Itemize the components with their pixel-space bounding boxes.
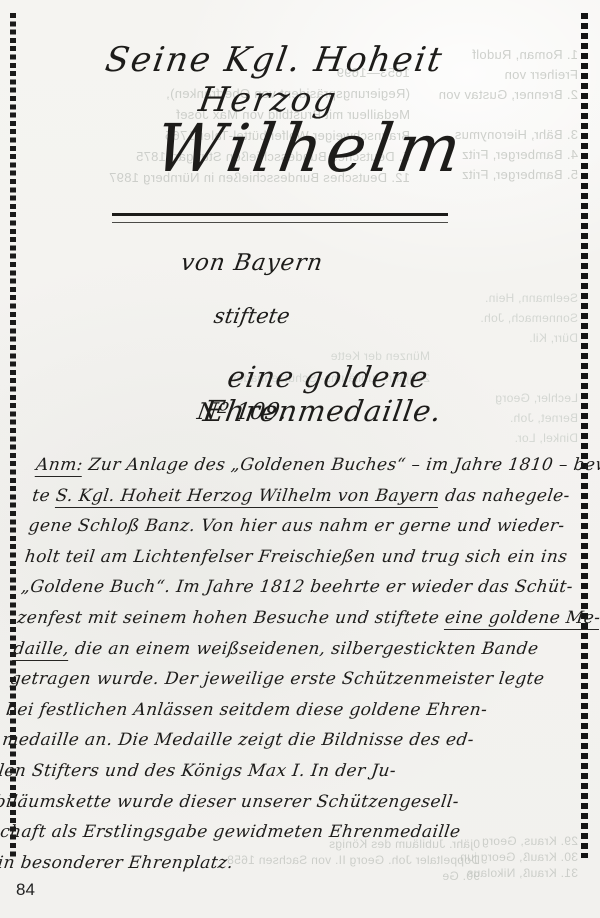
text-segment: ein besonderer Ehrenplatz.: [0, 853, 234, 873]
text-segment: len Stifters und des Königs Max I. In de…: [0, 761, 397, 781]
handwritten-line: schaft als Erstlingsgabe gewidmeten Ehre…: [0, 817, 523, 848]
handwritten-line: gene Schloß Banz. Von hier aus nahm er g…: [27, 511, 561, 542]
underlined-text-segment: eine goldene Me-: [443, 608, 600, 630]
title-underline-rule: [112, 213, 448, 223]
text-segment: holt teil am Lichtenfelser Freischießen …: [24, 547, 569, 567]
page-number: 84: [16, 880, 35, 900]
text-segment: bei festlichen Anlässen seitdem diese go…: [5, 700, 489, 720]
scanned-document-page: 1. Roman, RudolfFreiherr von2. Brenner, …: [0, 0, 600, 918]
text-segment: gene Schloß Banz. Von hier aus nahm er g…: [27, 516, 565, 536]
handwritten-annotation: Anm: Zur Anlage des „Goldenen Buches“ – …: [0, 450, 568, 878]
text-segment: te: [31, 486, 57, 506]
bleed-line: Seelmann, Hein.: [418, 288, 578, 308]
handwritten-line: holt teil am Lichtenfelser Freischießen …: [23, 542, 557, 573]
text-segment: biläumskette wurde dieser unserer Schütz…: [0, 792, 460, 812]
medal-number: Nº 109.: [60, 399, 424, 425]
handwritten-line: getragen wurde. Der jeweilige erste Schü…: [8, 664, 542, 695]
underlined-text-segment: S. Kgl. Hoheit Herzog Wilhelm von Bayern: [54, 486, 440, 508]
text-segment: getragen wurde. Der jeweilige erste Schü…: [9, 669, 546, 689]
handwritten-line: zenfest mit seinem hohen Besuche und sti…: [15, 603, 549, 634]
handwritten-line: „Goldene Buch“. Im Jahre 1812 beehrte er…: [19, 572, 553, 603]
text-segment: das nahegele-: [438, 486, 571, 506]
handwritten-line: te S. Kgl. Hoheit Herzog Wilhelm von Bay…: [30, 481, 564, 512]
text-segment: „Goldene Buch“. Im Jahre 1812 beehrte er…: [20, 577, 574, 597]
heading-subtitle: von Bayern: [70, 250, 434, 276]
handwritten-line: daille, die an einem weißseidenen, silbe…: [12, 634, 546, 665]
bleed-line: Sonnemach, Joh.: [418, 308, 578, 328]
bleed-line: Dürr, Kil.: [418, 328, 578, 348]
heading-title-wilhelm: Wilhelm: [95, 116, 525, 182]
handwritten-line: ein besonderer Ehrenplatz.: [0, 848, 519, 879]
text-segment: Zur Anlage des „Goldenen Buches“ – im Ja…: [82, 455, 600, 475]
handwritten-line: medaille an. Die Medaille zeigt die Bild…: [0, 725, 534, 756]
handwritten-line: biläumskette wurde dieser unserer Schütz…: [0, 787, 527, 818]
heading-pretitle: Seine Kgl. Hoheit Herzog: [45, 40, 498, 120]
text-segment: medaille an. Die Medaille zeigt die Bild…: [1, 730, 475, 750]
handwritten-line: Anm: Zur Anlage des „Goldenen Buches“ – …: [34, 450, 568, 481]
heading-verb: stiftete: [70, 304, 434, 328]
text-segment: die an einem weißseidenen, silbergestick…: [68, 639, 540, 659]
text-segment: zenfest mit seinem hohen Besuche und sti…: [16, 608, 446, 628]
underlined-text-segment: daille,: [12, 639, 70, 661]
text-segment: schaft als Erstlingsgabe gewidmeten Ehre…: [0, 822, 462, 842]
handwritten-line: len Stifters und des Königs Max I. In de…: [0, 756, 530, 787]
bleed-line: Dinkel, Lor.: [418, 428, 578, 448]
right-dotted-border: [581, 13, 588, 858]
handwritten-line: bei festlichen Anlässen seitdem diese go…: [4, 695, 538, 726]
underlined-text-segment: Anm:: [35, 455, 84, 477]
